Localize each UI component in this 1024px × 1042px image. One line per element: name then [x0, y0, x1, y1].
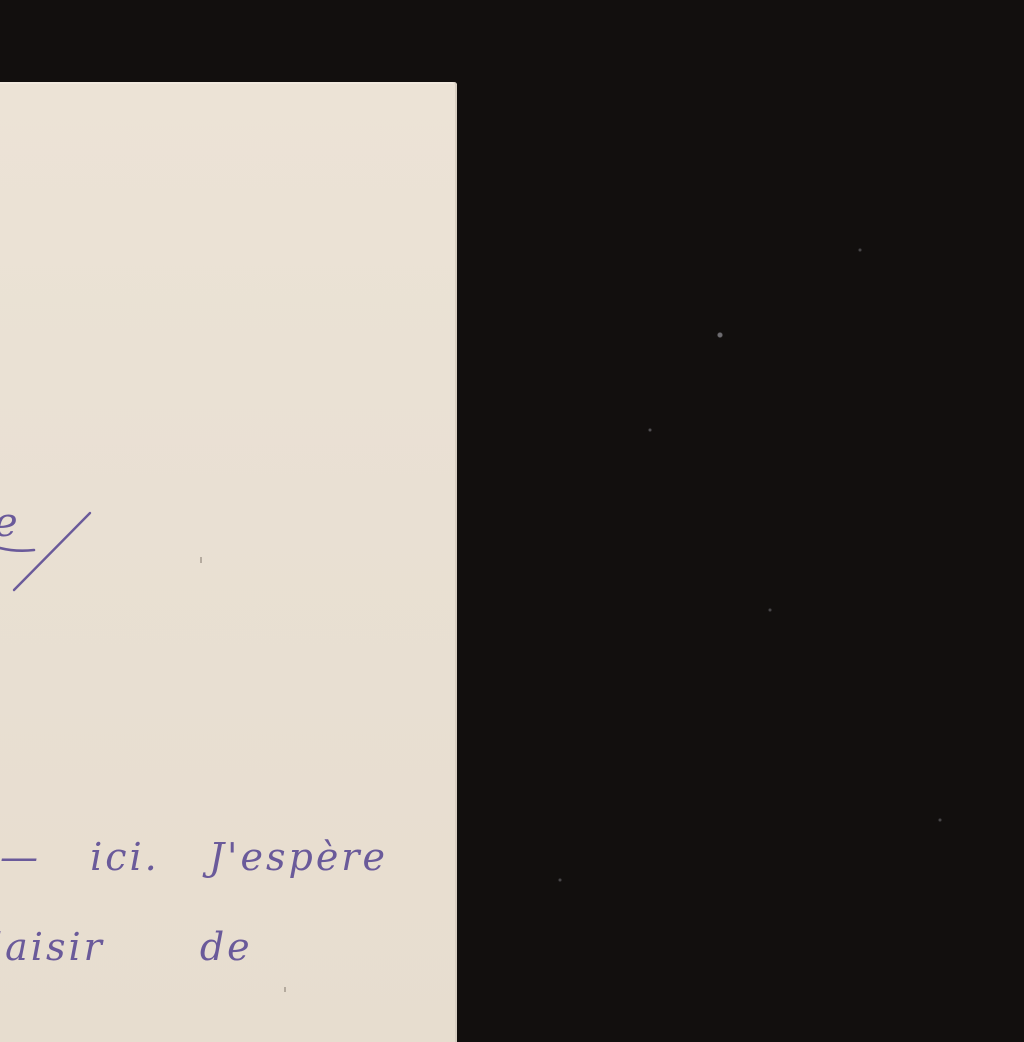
handwriting-line-3: laisir de — [0, 925, 253, 969]
paper-speck — [200, 557, 202, 563]
handwriting-line-2: — ici. J'espère — [0, 835, 388, 879]
paper-speck — [284, 987, 286, 992]
handwritten-slash-mark — [0, 500, 110, 600]
